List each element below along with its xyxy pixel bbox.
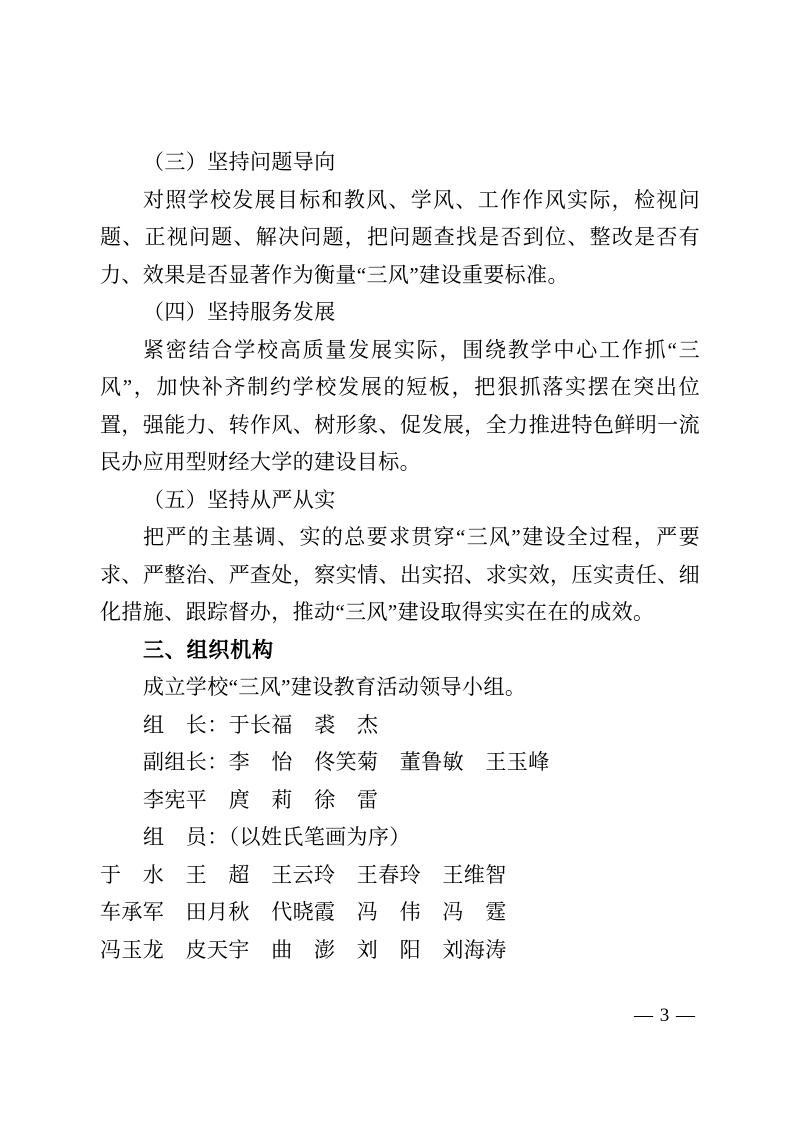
subsection-heading-problem-orientation: （三）坚持问题导向 — [100, 144, 700, 182]
organization-intro: 成立学校“三风”建设教育活动领导小组。 — [100, 669, 700, 707]
org-deputy-leaders-line-1: 副组长：李 怡 佟笑菊 董鲁敏 王玉峰 — [100, 744, 700, 782]
member-row-3: 冯玉龙 皮天宇 曲 澎 刘 阳 刘海涛 — [100, 932, 700, 970]
page-number: — 3 — — [634, 1005, 696, 1027]
member-row-1: 于 水 王 超 王云玲 王春玲 王维智 — [100, 857, 700, 895]
document-page: （三）坚持问题导向 对照学校发展目标和教风、学风、工作作风实际，检视问题、正视问… — [0, 0, 794, 1123]
paragraph-serve-development: 紧密结合学校高质量发展实际，围绕教学中心工作抓“三风”，加快补齐制约学校发展的短… — [100, 332, 700, 482]
subsection-heading-serve-development: （四）坚持服务发展 — [100, 294, 700, 332]
paragraph-problem-orientation: 对照学校发展目标和教风、学风、工作作风实际，检视问题、正视问题、解决问题，把问题… — [100, 182, 700, 295]
org-members-label: 组 员：（以姓氏笔画为序） — [100, 819, 700, 857]
paragraph-strict-and-practical: 把严的主基调、实的总要求贯穿“三风”建设全过程，严要求、严整治、严查处，察实情、… — [100, 519, 700, 632]
org-leader-line: 组 长：于长福 裘 杰 — [100, 707, 700, 745]
section-heading-organization: 三、组织机构 — [100, 632, 700, 670]
document-body: （三）坚持问题导向 对照学校发展目标和教风、学风、工作作风实际，检视问题、正视问… — [100, 0, 700, 969]
member-row-2: 车承军 田月秋 代晓霞 冯 伟 冯 霆 — [100, 894, 700, 932]
org-deputy-leaders-line-2: 李宪平 庹 莉 徐 雷 — [100, 782, 700, 820]
subsection-heading-strict-and-practical: （五）坚持从严从实 — [100, 482, 700, 520]
